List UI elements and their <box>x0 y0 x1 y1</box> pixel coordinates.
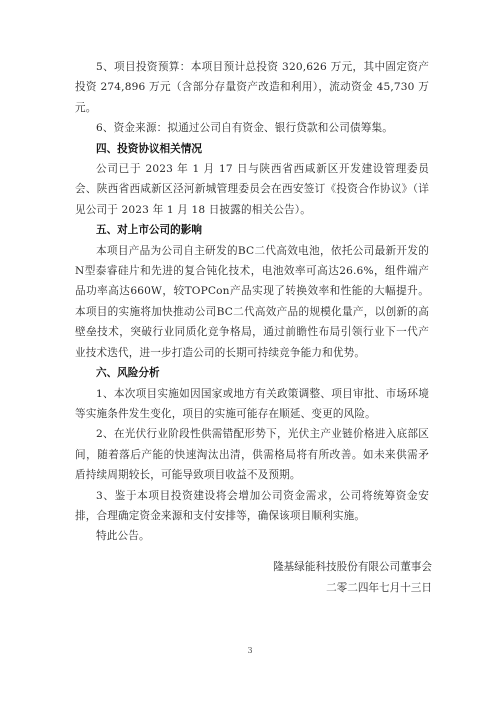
heading-risk-analysis: 六、风险分析 <box>75 363 429 383</box>
signature-company: 隆基绿能科技股份有限公司董事会 <box>273 557 432 577</box>
paragraph-risk-1: 1、本次项目实施如因国家或地方有关政策调整、项目审批、市场环境等实施条件发生变化… <box>75 384 429 425</box>
heading-impact: 五、对上市公司的影响 <box>75 220 429 240</box>
paragraph-risk-2: 2、在光伏行业阶段性供需错配形势下，光伏主产业链价格进入底部区间，随着落后产能的… <box>75 424 429 485</box>
paragraph-investment-budget: 5、项目投资预算：本项目预计总投资 320,626 万元，其中固定资产投资 27… <box>75 57 429 118</box>
document-body: 5、项目投资预算：本项目预计总投资 320,626 万元，其中固定资产投资 27… <box>75 57 429 547</box>
paragraph-agreement-details: 公司已于 2023 年 1 月 17 日与陕西省西咸新区开发建设管理委员会、陕西… <box>75 159 429 220</box>
paragraph-funding-source: 6、资金来源：拟通过公司自有资金、银行贷款和公司债筹集。 <box>75 118 429 138</box>
paragraph-risk-3: 3、鉴于本项目投资建设将会增加公司资金需求，公司将统筹资金安排，合理确定资金来源… <box>75 486 429 527</box>
paragraph-closing: 特此公告。 <box>75 526 429 546</box>
heading-investment-agreement: 四、投资协议相关情况 <box>75 139 429 159</box>
document-page: 5、项目投资预算：本项目预计总投资 320,626 万元，其中固定资产投资 27… <box>0 0 500 707</box>
paragraph-impact-details: 本项目产品为公司自主研发的BC二代高效电池，依托公司最新开发的N型泰睿硅片和先进… <box>75 241 429 363</box>
page-number: 3 <box>0 646 500 655</box>
signature-date: 二零二四年七月十三日 <box>326 578 432 598</box>
